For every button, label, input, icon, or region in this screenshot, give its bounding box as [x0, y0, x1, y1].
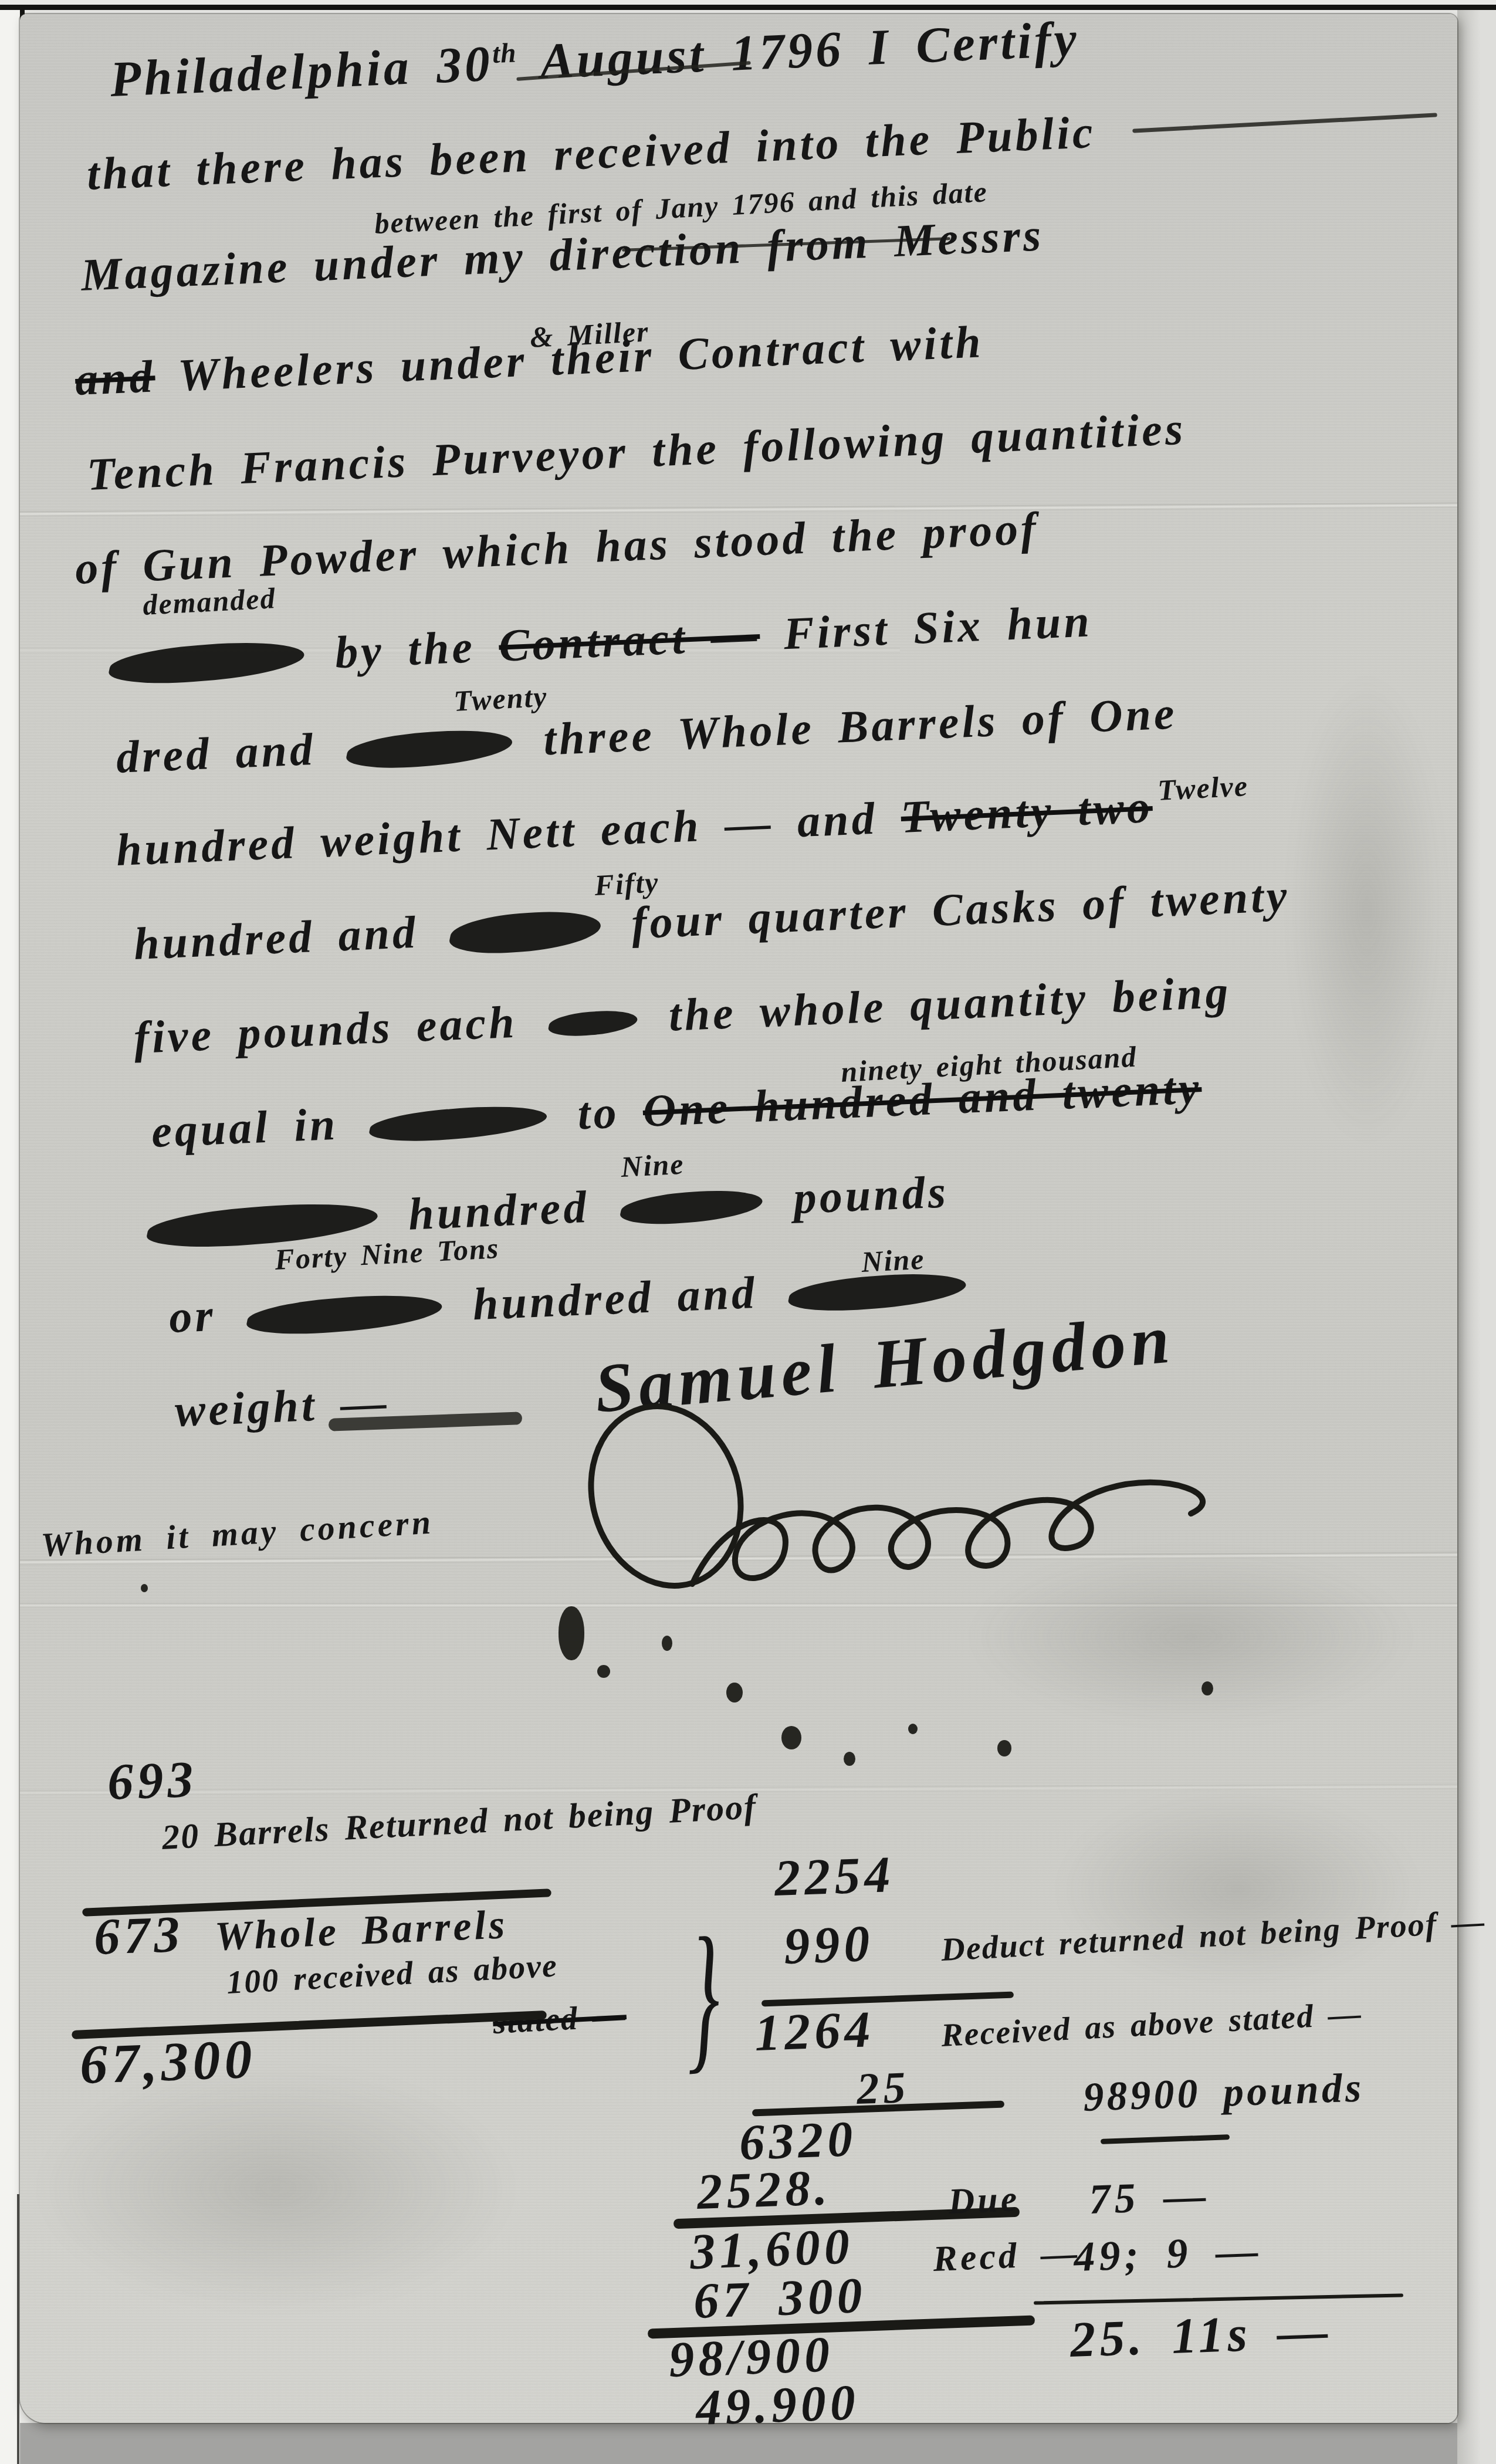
calc-quarter-casks: 2254	[773, 1845, 895, 1908]
ink-blot	[908, 1724, 918, 1734]
calc-p4: 67 300	[693, 2266, 868, 2330]
ink-blot	[559, 1606, 584, 1660]
calc-p2: 2528.	[696, 2158, 832, 2221]
ink-blot	[343, 726, 516, 773]
calc-recd-label: Recd —	[932, 2233, 1081, 2280]
ink-blot	[785, 1269, 969, 1316]
scan-left-line	[17, 2194, 19, 2464]
struck-word: Twenty two	[900, 781, 1154, 842]
interline-insertion: demanded	[142, 581, 277, 622]
calc-brace: }	[685, 1900, 724, 2092]
ink-blot	[617, 1186, 766, 1228]
calc-net-barrels: 673	[93, 1905, 184, 1967]
ink-blot	[1201, 1681, 1213, 1695]
scan-right-margin	[1457, 10, 1496, 2464]
body-text: dred and	[115, 723, 316, 783]
ink-blot	[726, 1683, 743, 1703]
struck-word: and	[74, 350, 156, 405]
ink-blot	[997, 1740, 1011, 1756]
calc-net-casks: 1264	[753, 2000, 875, 2063]
ink-blot	[366, 1101, 550, 1146]
calc-total-received: 693	[106, 1750, 198, 1812]
body-text: pounds	[793, 1166, 950, 1223]
ink-blot	[844, 1752, 855, 1766]
ink-blot	[141, 1584, 148, 1592]
scan-top-border	[0, 5, 1496, 10]
calc-pounds-total: 67,300	[79, 2028, 257, 2097]
body-text: by the	[334, 621, 476, 678]
scanned-document: Philadelphia 30th August 1796 I Certify …	[0, 0, 1496, 2464]
scan-left-margin	[0, 10, 20, 2464]
ink-blot	[546, 1008, 639, 1038]
ink-bleedthrough	[35, 2065, 516, 2311]
body-text: hundred and	[472, 1267, 758, 1329]
body-text: or	[168, 1289, 216, 1342]
interline-insertion: Twenty	[453, 679, 549, 718]
struck-word: Contract —	[497, 609, 760, 671]
body-text: equal in	[150, 1098, 339, 1157]
calc-recd-value: 49; 9 —	[1073, 2226, 1263, 2282]
calc-balance: 25. 11s —	[1069, 2301, 1333, 2369]
dateline-sup: th	[492, 38, 517, 69]
ink-blot	[781, 1726, 801, 1749]
ink-blot	[106, 637, 308, 689]
body-text: to	[577, 1087, 620, 1139]
calc-deduct: 990	[783, 1914, 874, 1976]
body-text: hundred and	[133, 906, 419, 969]
body-text: Wheelers	[177, 341, 378, 401]
ink-blot	[597, 1665, 610, 1678]
ink-bleedthrough	[1291, 675, 1443, 1144]
ink-blot	[446, 907, 605, 957]
body-text: hundred	[407, 1181, 590, 1240]
signature-flourish	[575, 1396, 1396, 1607]
calc-total-pounds: 98900 pounds	[1082, 2064, 1365, 2121]
interline-insertion: Twelve	[1157, 769, 1249, 807]
calc-p6: 49.900	[695, 2372, 861, 2437]
ink-blot	[243, 1290, 445, 1339]
ink-blot	[662, 1636, 672, 1651]
calc-due-value: 75 —	[1088, 2171, 1211, 2224]
calc-due-label: Due	[947, 2178, 1021, 2223]
